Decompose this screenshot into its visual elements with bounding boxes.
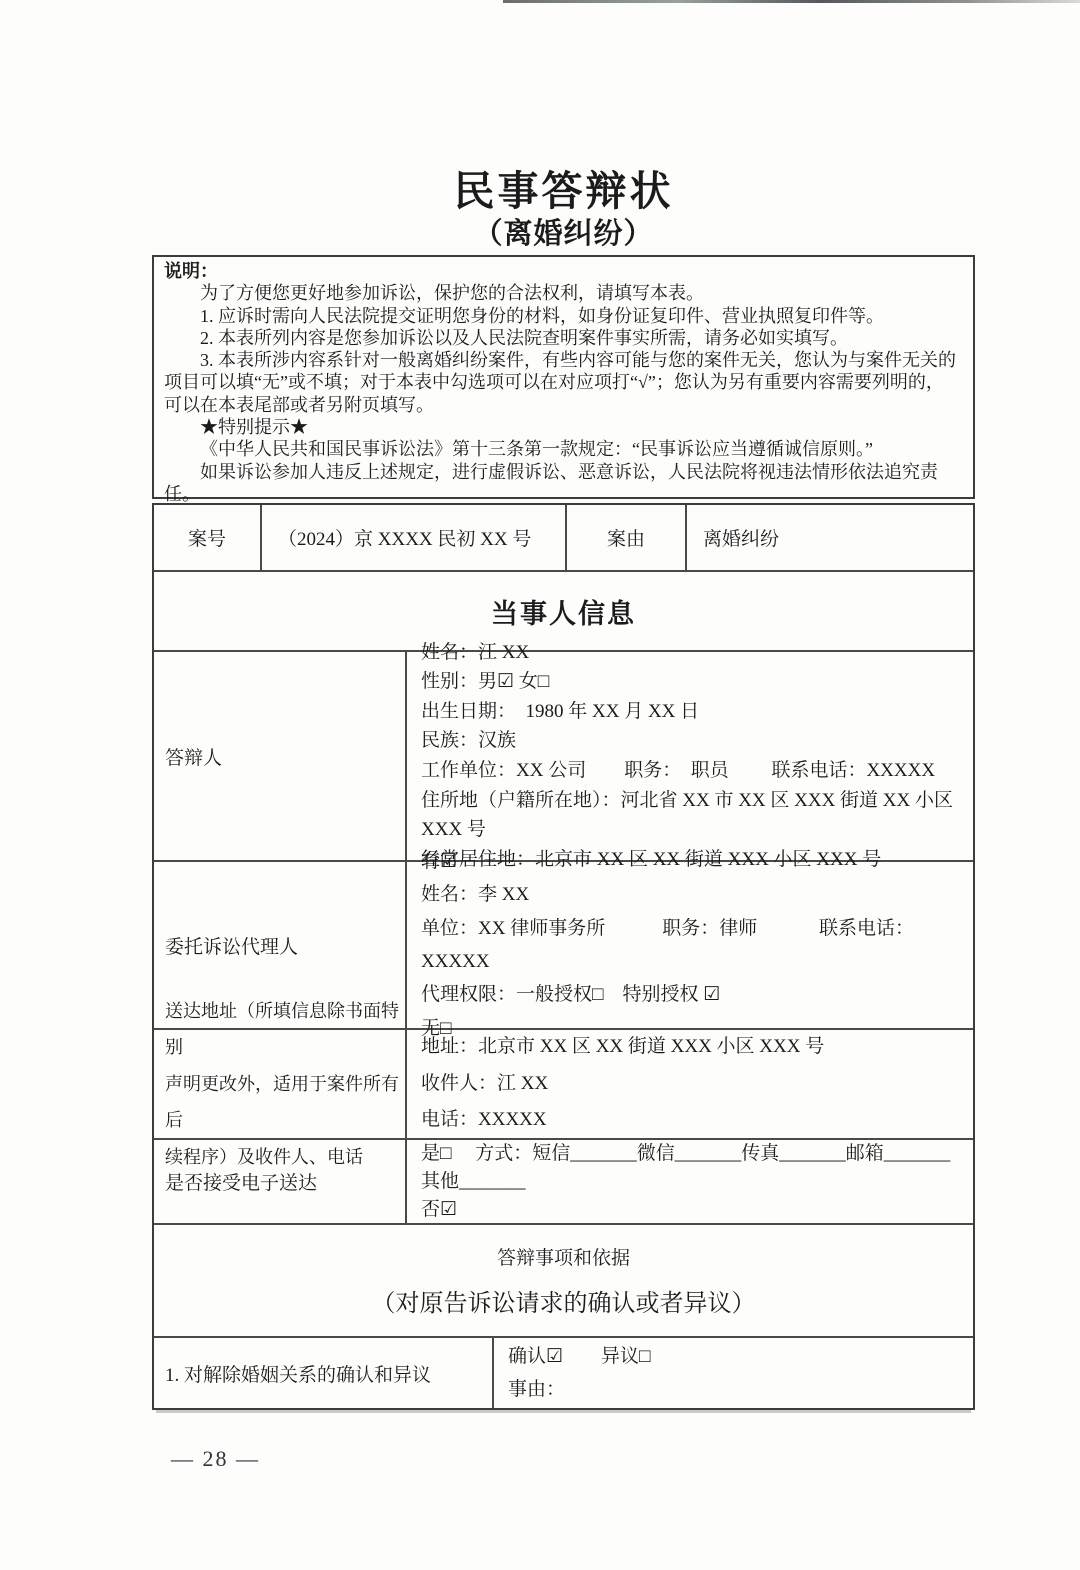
cause-of-action-label: 案由 xyxy=(567,505,687,570)
eservice-other-field: 其他_______ xyxy=(421,1168,973,1196)
form-table: 案号 （2024）京 XXXX 民初 XX 号 案由 离婚纠纷 当事人信息 答辩… xyxy=(152,503,975,1410)
agent-details: 有☑ 姓名：李 XX 单位：XX 律师事务所 职务：律师 联系电话：XXXXX … xyxy=(407,862,973,1028)
respondent-employer-field: 工作单位：XX 公司 职务： 职员 联系电话：XXXXX xyxy=(421,756,973,786)
case-number-label: 案号 xyxy=(154,505,262,570)
scan-artifact-line xyxy=(503,0,1080,3)
respondent-row: 答辩人 姓名：江 XX 性别：男☑ 女□ 出生日期： 1980 年 XX 月 X… xyxy=(154,650,973,860)
defense-item-1-details: 确认☑ 异议□ 事由： xyxy=(494,1338,973,1408)
document-title: 民事答辩状 xyxy=(152,158,975,217)
instructions-box: 说明： 为了方便您更好地参加诉讼，保护您的合法权利，请填写本表。 1. 应诉时需… xyxy=(152,255,975,499)
agent-has-checkbox: 有☑ xyxy=(421,845,973,878)
defense-item-1-reason-field: 事由： xyxy=(508,1373,973,1406)
respondent-details: 姓名：江 XX 性别：男☑ 女□ 出生日期： 1980 年 XX 月 XX 日 … xyxy=(407,652,973,860)
respondent-birthdate-field: 出生日期： 1980 年 XX 月 XX 日 xyxy=(421,697,973,727)
agent-firm-field: 单位：XX 律师事务所 职务：律师 联系电话：XXXXX xyxy=(421,912,973,979)
instructions-item-1: 1. 应诉时需向人民法院提交证明您身份的材料，如身份证复印件、营业执照复印件等。 xyxy=(164,305,961,327)
page-number: — 28 — xyxy=(171,1446,260,1472)
service-address-row: 送达地址（所填信息除书面特别 声明更改外，适用于案件所有后 续程序）及收件人、电… xyxy=(154,1028,973,1138)
special-notice-warning: 如果诉讼参加人违反上述规定，进行虚假诉讼、恶意诉讼，人民法院将视违法情形依法追究… xyxy=(164,461,961,506)
instructions-intro: 为了方便您更好地参加诉讼，保护您的合法权利，请填写本表。 xyxy=(164,282,961,304)
service-phone-field: 电话：XXXXX xyxy=(421,1102,973,1138)
instructions-item-3: 3. 本表所涉内容系针对一般离婚纠纷案件，有些内容可能与您的案件无关，您认为与案… xyxy=(164,349,961,416)
special-notice-law: 《中华人民共和国民事诉讼法》第十三条第一款规定：“民事诉讼应当遵循诚信原则。” xyxy=(164,438,961,460)
electronic-service-details: 是□ 方式：短信_______微信_______传真_______邮箱_____… xyxy=(407,1140,973,1223)
eservice-no-checkbox: 否☑ xyxy=(421,1196,973,1224)
service-address-label: 送达地址（所填信息除书面特别 声明更改外，适用于案件所有后 续程序）及收件人、电… xyxy=(154,1030,407,1138)
agent-name-field: 姓名：李 XX xyxy=(421,878,973,911)
defense-section-header: 答辩事项和依据 （对原告诉讼请求的确认或者异议） xyxy=(154,1223,973,1336)
special-notice-heading: ★特别提示★ xyxy=(164,416,961,438)
respondent-gender-field: 性别：男☑ 女□ xyxy=(421,667,973,697)
eservice-yes-methods-field: 是□ 方式：短信_______微信_______传真_______邮箱_____… xyxy=(421,1140,973,1168)
electronic-service-label: 是否接受电子送达 xyxy=(154,1140,407,1223)
defense-header-title: 答辩事项和依据 xyxy=(497,1243,630,1270)
document-subtitle: （离婚纠纷） xyxy=(152,211,975,252)
defense-item-1-label: 1. 对解除婚姻关系的确认和异议 xyxy=(154,1338,494,1408)
cause-of-action-value: 离婚纠纷 xyxy=(687,505,973,570)
instructions-heading: 说明： xyxy=(164,260,961,282)
respondent-ethnicity-field: 民族：汉族 xyxy=(421,726,973,756)
instructions-item-2: 2. 本表所列内容是您参加诉讼以及人民法院查明案件事实所需，请务必如实填写。 xyxy=(164,327,961,349)
defense-item-1-confirm-checkbox: 确认☑ 异议□ xyxy=(508,1340,973,1373)
defense-item-1-row: 1. 对解除婚姻关系的确认和异议 确认☑ 异议□ 事由： xyxy=(154,1336,973,1408)
respondent-domicile-field: 住所地（户籍所在地）：河北省 XX 市 XX 区 XXX 街道 XX 小区 XX… xyxy=(421,786,973,845)
service-address-field: 地址：北京市 XX 区 XX 街道 XXX 小区 XXX 号 xyxy=(421,1029,973,1065)
agent-authority-field: 代理权限：一般授权□ 特别授权 ☑ xyxy=(421,978,973,1011)
respondent-label: 答辩人 xyxy=(154,652,407,860)
service-recipient-field: 收件人：江 XX xyxy=(421,1066,973,1102)
electronic-service-row: 是否接受电子送达 是□ 方式：短信_______微信_______传真_____… xyxy=(154,1138,973,1223)
case-number-row: 案号 （2024）京 XXXX 民初 XX 号 案由 离婚纠纷 xyxy=(154,505,973,570)
case-number-value: （2024）京 XXXX 民初 XX 号 xyxy=(262,505,567,570)
defense-header-subtitle: （对原告诉讼请求的确认或者异议） xyxy=(372,1283,756,1318)
service-address-details: 地址：北京市 XX 区 XX 街道 XXX 小区 XXX 号 收件人：江 XX … xyxy=(407,1030,973,1138)
respondent-name-field: 姓名：江 XX xyxy=(421,638,973,668)
